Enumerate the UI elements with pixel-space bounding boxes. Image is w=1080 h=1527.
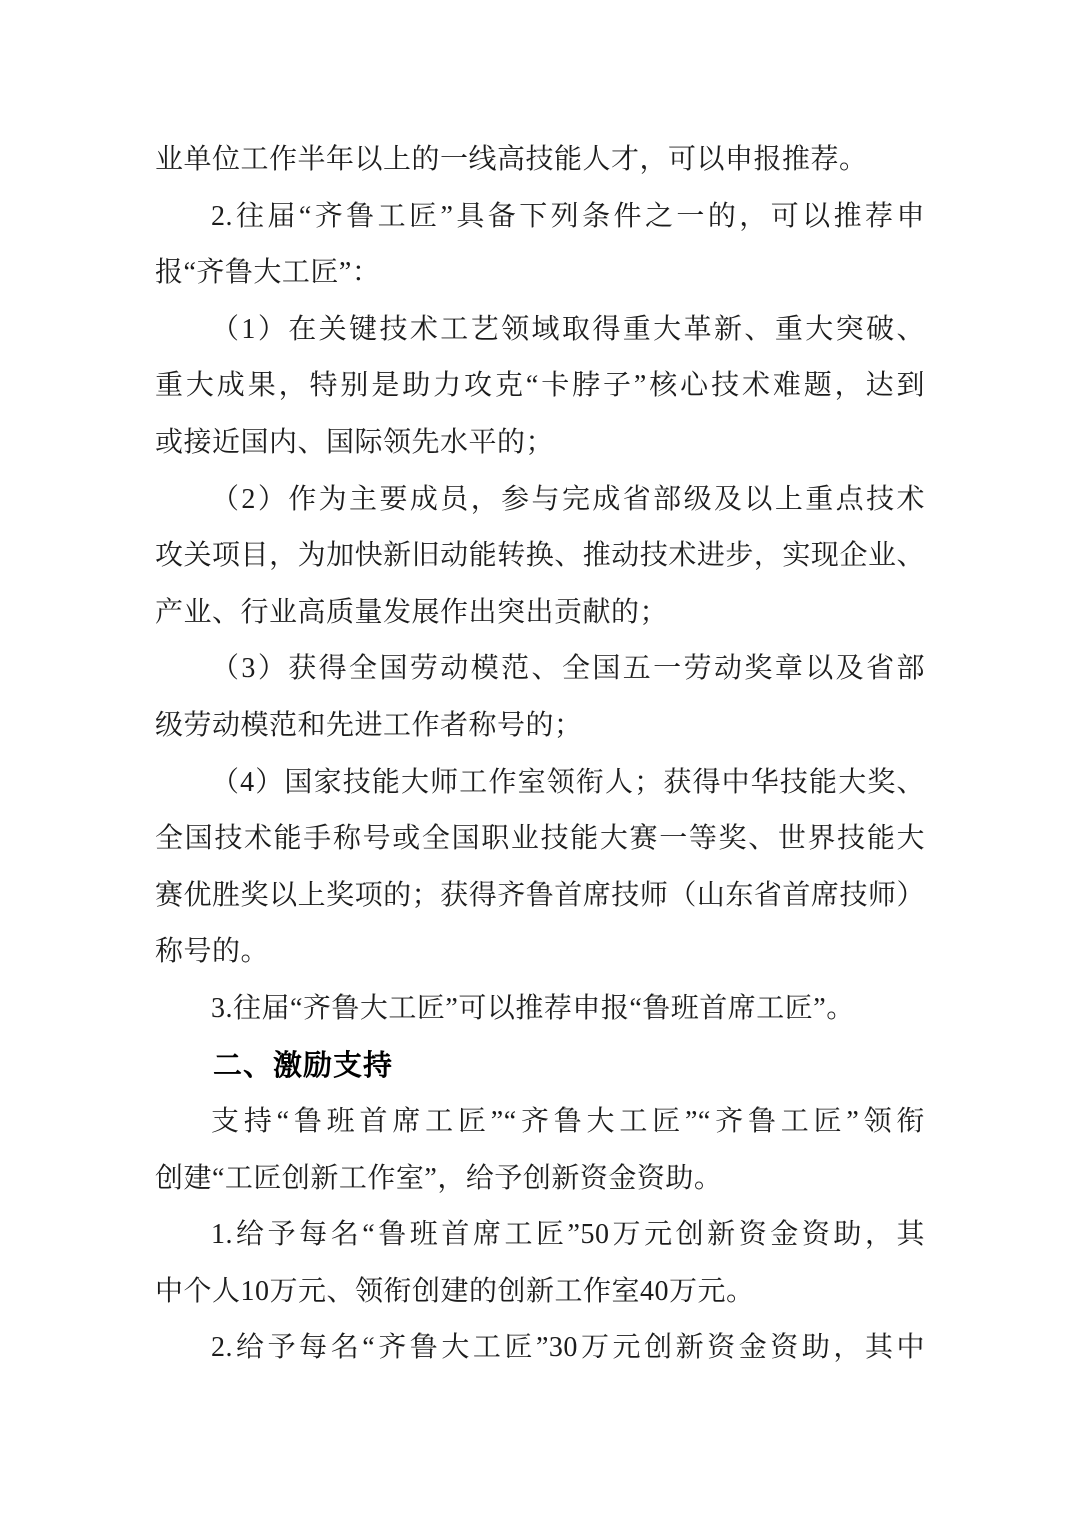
- text-line: 全国技术能手称号或全国职业技能大赛一等奖、世界技能大: [155, 811, 925, 868]
- text-line: 1.给予每名“鲁班首席工匠”50万元创新资金资助，其: [155, 1207, 925, 1264]
- text-line: 称号的。: [155, 924, 925, 981]
- text-line: （1）在关键技术工艺领域取得重大革新、重大突破、: [155, 302, 925, 359]
- text-line: 重大成果，特别是助力攻克“卡脖子”核心技术难题，达到: [155, 358, 925, 415]
- text-line: 3.往届“齐鲁大工匠”可以推荐申报“鲁班首席工匠”。: [155, 981, 925, 1038]
- text-line: 报“齐鲁大工匠”：: [155, 245, 925, 302]
- text-line: 产业、行业高质量发展作出突出贡献的；: [155, 585, 925, 642]
- text-line: （4）国家技能大师工作室领衔人；获得中华技能大奖、: [155, 755, 925, 812]
- text-line: 业单位工作半年以上的一线高技能人才，可以申报推荐。: [155, 132, 925, 189]
- text-line: 级劳动模范和先进工作者称号的；: [155, 698, 925, 755]
- text-line: （2）作为主要成员，参与完成省部级及以上重点技术: [155, 472, 925, 529]
- text-line: 或接近国内、国际领先水平的；: [155, 415, 925, 472]
- document-body: 业单位工作半年以上的一线高技能人才，可以申报推荐。2.往届“齐鲁工匠”具备下列条…: [155, 132, 925, 1377]
- text-line: 中个人10万元、领衔创建的创新工作室40万元。: [155, 1264, 925, 1321]
- text-line: （3）获得全国劳动模范、全国五一劳动奖章以及省部: [155, 641, 925, 698]
- text-line: 创建“工匠创新工作室”，给予创新资金资助。: [155, 1151, 925, 1208]
- text-line: 支持“鲁班首席工匠”“齐鲁大工匠”“齐鲁工匠”领衔: [155, 1094, 925, 1151]
- text-line: 赛优胜奖以上奖项的；获得齐鲁首席技师（山东省首席技师）: [155, 868, 925, 925]
- text-line: 攻关项目，为加快新旧动能转换、推动技术进步，实现企业、: [155, 528, 925, 585]
- section-heading: 二、激励支持: [155, 1038, 925, 1095]
- text-line: 2.给予每名“齐鲁大工匠”30万元创新资金资助，其中: [155, 1320, 925, 1377]
- text-line: 2.往届“齐鲁工匠”具备下列条件之一的，可以推荐申: [155, 189, 925, 246]
